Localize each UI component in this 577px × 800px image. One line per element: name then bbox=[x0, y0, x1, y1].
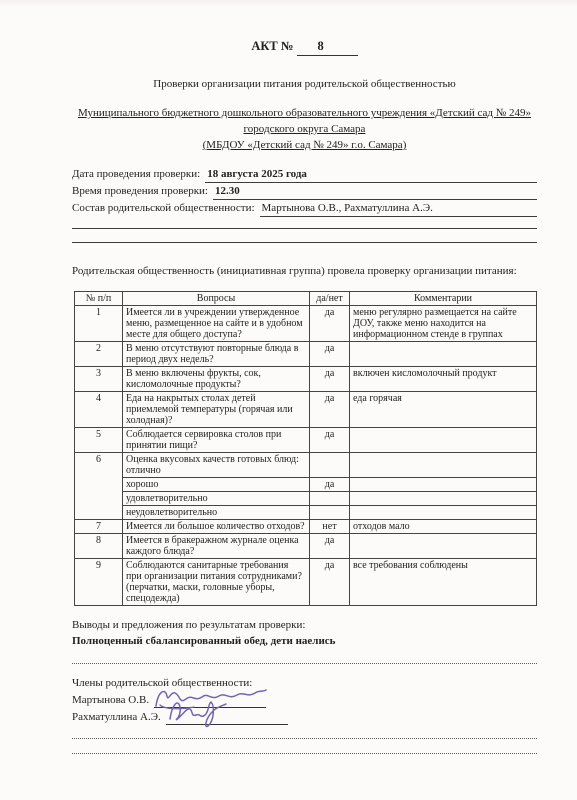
cell-number: 7 bbox=[75, 520, 123, 534]
intro-paragraph: Родительская общественность (инициативна… bbox=[72, 264, 537, 279]
table-row: неудовлетворительно bbox=[75, 506, 537, 520]
handwritten-signature-icon bbox=[162, 695, 242, 733]
table-row: 6Оценка вкусовых качеств готовых блюд: о… bbox=[75, 453, 537, 478]
table-row: 3В меню включены фрукты, сок, кисломолоч… bbox=[75, 367, 537, 392]
time-field: Время проведения проверки: 12.30 bbox=[72, 184, 537, 200]
cell-question: удовлетворительно bbox=[123, 492, 310, 506]
table-row: 1Имеется ли в учреждении утвержденное ме… bbox=[75, 306, 537, 342]
signer-name: Рахматуллина А.Э. bbox=[72, 710, 161, 725]
organization-line: Муниципального бюджетного дошкольного об… bbox=[72, 105, 537, 121]
table-header-cell: да/нет bbox=[310, 292, 350, 306]
cell-comment: все требования соблюдены bbox=[350, 559, 537, 606]
cell-answer bbox=[310, 453, 350, 478]
table-row: 7Имеется ли большое количество отходов?н… bbox=[75, 520, 537, 534]
signer-row: Рахматуллина А.Э. bbox=[72, 708, 537, 725]
cell-comment bbox=[350, 506, 537, 520]
cell-answer: да bbox=[310, 306, 350, 342]
table-row: 2В меню отсутствуют повторные блюда в пе… bbox=[75, 342, 537, 367]
table-header-cell: № п/п bbox=[75, 292, 123, 306]
cell-question: Имеется ли в учреждении утвержденное мен… bbox=[123, 306, 310, 342]
cell-number: 8 bbox=[75, 534, 123, 559]
cell-question: Соблюдаются санитарные требования при ор… bbox=[123, 559, 310, 606]
table-header-row: № п/пВопросыда/нетКомментарии bbox=[75, 292, 537, 306]
cell-question: Еда на накрытых столах детей приемлемой … bbox=[123, 392, 310, 428]
table-header-cell: Комментарии bbox=[350, 292, 537, 306]
dotted-separator bbox=[72, 729, 537, 739]
cell-comment: еда горячая bbox=[350, 392, 537, 428]
blank-ruled-line bbox=[72, 217, 537, 229]
cell-question: Оценка вкусовых качеств готовых блюд: от… bbox=[123, 453, 310, 478]
inspection-fields: Дата проведения проверки: 18 августа 202… bbox=[72, 167, 537, 243]
cell-number: 2 bbox=[75, 342, 123, 367]
signature-line bbox=[166, 710, 288, 725]
cell-question: Имеется в бракеражном журнале оценка каж… bbox=[123, 534, 310, 559]
act-label: АКТ № bbox=[251, 39, 293, 53]
cell-answer: да bbox=[310, 392, 350, 428]
act-number: 8 bbox=[297, 38, 357, 56]
cell-question: Имеется ли большое количество отходов? bbox=[123, 520, 310, 534]
cell-comment bbox=[350, 492, 537, 506]
cell-answer: нет bbox=[310, 520, 350, 534]
cell-question: хорошо bbox=[123, 478, 310, 492]
conclusion-label: Выводы и предложения по результатам пров… bbox=[72, 618, 537, 633]
date-value: 18 августа 2025 года bbox=[205, 167, 537, 183]
cell-question: В меню отсутствуют повторные блюда в пер… bbox=[123, 342, 310, 367]
blank-ruled-line bbox=[72, 229, 537, 243]
table-body: 1Имеется ли в учреждении утвержденное ме… bbox=[75, 306, 537, 606]
cell-answer bbox=[310, 492, 350, 506]
document-subtitle: Проверки организации питания родительско… bbox=[72, 77, 537, 92]
cell-answer: да bbox=[310, 478, 350, 492]
cell-comment bbox=[350, 428, 537, 453]
table-row: 9Соблюдаются санитарные требования при о… bbox=[75, 559, 537, 606]
cell-question: В меню включены фрукты, сок, кисломолочн… bbox=[123, 367, 310, 392]
date-field: Дата проведения проверки: 18 августа 202… bbox=[72, 167, 537, 183]
cell-number: 4 bbox=[75, 392, 123, 428]
cell-answer: да bbox=[310, 342, 350, 367]
inspection-table: № п/пВопросыда/нетКомментарии 1Имеется л… bbox=[74, 291, 537, 606]
table-header-cell: Вопросы bbox=[123, 292, 310, 306]
cell-answer: да bbox=[310, 559, 350, 606]
time-label: Время проведения проверки: bbox=[72, 184, 213, 200]
scanned-act-document: АКТ №8 Проверки организации питания роди… bbox=[0, 0, 577, 800]
signer-row: Мартынова О.В. bbox=[72, 691, 537, 708]
cell-comment: меню регулярно размещается на сайте ДОУ,… bbox=[350, 306, 537, 342]
dotted-separator bbox=[72, 654, 537, 664]
conclusion-value: Полноценный сбалансированный обед, дети … bbox=[72, 634, 537, 649]
table-row: удовлетворительно bbox=[75, 492, 537, 506]
cell-comment bbox=[350, 534, 537, 559]
table-row: 4Еда на накрытых столах детей приемлемой… bbox=[75, 392, 537, 428]
cell-comment bbox=[350, 453, 537, 478]
cell-number: 3 bbox=[75, 367, 123, 392]
table-row: 5Соблюдается сервировка столов при приня… bbox=[75, 428, 537, 453]
time-value: 12.30 bbox=[213, 184, 537, 200]
cell-comment: отходов мало bbox=[350, 520, 537, 534]
cell-number: 1 bbox=[75, 306, 123, 342]
cell-answer: да bbox=[310, 367, 350, 392]
table-row: хорошода bbox=[75, 478, 537, 492]
cell-comment bbox=[350, 478, 537, 492]
cell-comment bbox=[350, 342, 537, 367]
cell-question: Соблюдается сервировка столов при принят… bbox=[123, 428, 310, 453]
dotted-separator bbox=[72, 744, 537, 754]
date-label: Дата проведения проверки: bbox=[72, 167, 205, 183]
act-title: АКТ №8 bbox=[72, 38, 537, 56]
cell-answer bbox=[310, 506, 350, 520]
cell-comment: включен кисломолочный продукт bbox=[350, 367, 537, 392]
table-row: 8Имеется в бракеражном журнале оценка ка… bbox=[75, 534, 537, 559]
cell-number: 5 bbox=[75, 428, 123, 453]
members-value: Мартынова О.В., Рахматуллина А.Э. bbox=[260, 201, 537, 217]
signers-label: Члены родительской общественности: bbox=[72, 675, 537, 691]
members-field: Состав родительской общественности: Март… bbox=[72, 201, 537, 217]
organization-line: городского округа Самара bbox=[72, 121, 537, 137]
cell-number: 6 bbox=[75, 453, 123, 520]
organization-line: (МБДОУ «Детский сад № 249» г.о. Самара) bbox=[72, 137, 537, 153]
cell-number: 9 bbox=[75, 559, 123, 606]
cell-answer: да bbox=[310, 428, 350, 453]
signer-name: Мартынова О.В. bbox=[72, 693, 149, 708]
cell-answer: да bbox=[310, 534, 350, 559]
cell-question: неудовлетворительно bbox=[123, 506, 310, 520]
members-label: Состав родительской общественности: bbox=[72, 201, 260, 217]
organization-block: Муниципального бюджетного дошкольного об… bbox=[72, 105, 537, 153]
